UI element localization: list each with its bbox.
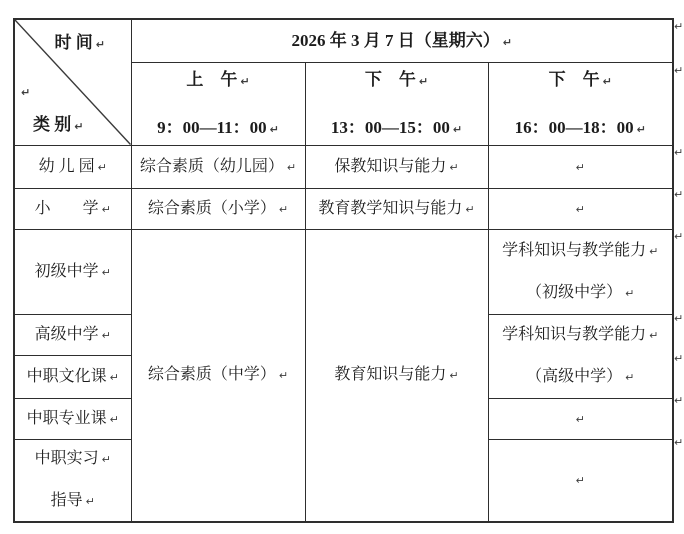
session-morning-cell: 上 午↵ 9：00—11：00↵ — [131, 62, 305, 145]
paragraph-mark: ↵ — [625, 287, 634, 300]
paragraph-mark: ↵ — [102, 329, 111, 342]
paragraph-mark: ↵ — [453, 123, 462, 136]
paragraph-mark: ↵ — [270, 123, 279, 136]
corner-header-cell: 时 间↵ ↵ 类 别↵ — [14, 19, 131, 145]
paragraph-mark: ↵ — [576, 474, 585, 487]
end-of-row-mark: ↵ — [674, 230, 683, 243]
subject-cell-merged-afternoon: 教育知识与能力↵ — [305, 229, 488, 522]
category-cell-junior: 初级中学↵ — [14, 229, 131, 314]
paragraph-mark: ↵ — [110, 371, 119, 384]
paragraph-mark: ↵ — [98, 161, 107, 174]
paragraph-mark: ↵ — [465, 203, 474, 216]
subject-line: 学科知识与教学能力↵ — [502, 241, 658, 261]
session-period: 下 午↵ — [549, 69, 612, 90]
subject-cell-merged-morning: 综合素质（中学）↵ — [131, 229, 305, 522]
subject-cell: 保教知识与能力↵ — [305, 145, 488, 188]
paragraph-mark: ↵ — [21, 86, 30, 100]
date-text: 2026 年 3 月 7 日（星期六） — [292, 31, 500, 50]
subject-cell: 综合素质（幼儿园）↵ — [131, 145, 305, 188]
paragraph-mark: ↵ — [287, 161, 296, 174]
paragraph-mark: ↵ — [576, 161, 585, 174]
paragraph-mark: ↵ — [625, 371, 634, 384]
paragraph-mark: ↵ — [503, 36, 512, 49]
date-header-cell: 2026 年 3 月 7 日（星期六）↵ — [131, 19, 673, 62]
paragraph-mark: ↵ — [102, 453, 111, 466]
paragraph-mark: ↵ — [102, 203, 111, 216]
session-afternoon2-cell: 下 午↵ 16：00—18：00↵ — [488, 62, 673, 145]
paragraph-mark: ↵ — [102, 266, 111, 279]
session-time: 16：00—18：00↵ — [515, 117, 646, 138]
document-page: 时 间↵ ↵ 类 别↵ 2026 年 3 月 7 日（星期六）↵ 上 午↵ 9：… — [0, 0, 684, 534]
paragraph-mark: ↵ — [603, 75, 612, 88]
paragraph-mark: ↵ — [649, 329, 658, 342]
end-of-row-mark: ↵ — [674, 312, 683, 325]
paragraph-mark: ↵ — [279, 203, 288, 216]
empty-cell: ↵ — [488, 439, 673, 522]
subject-cell-junior-late: 学科知识与教学能力↵ （初级中学）↵ — [488, 229, 673, 314]
paragraph-mark: ↵ — [86, 495, 95, 508]
session-time: 9：00—11：00↵ — [157, 117, 279, 138]
paragraph-mark: ↵ — [240, 75, 249, 88]
corner-time-label: 时 间↵ — [15, 32, 131, 53]
session-time: 13：00—15：00↵ — [331, 117, 462, 138]
category-cell-kindergarten: 幼 儿 园↵ — [14, 145, 131, 188]
session-period: 下 午↵ — [365, 69, 428, 90]
category-line: 中职实习↵ — [35, 449, 111, 469]
paragraph-mark: ↵ — [449, 161, 458, 174]
subject-line: 学科知识与教学能力↵ — [502, 325, 658, 345]
session-afternoon1-cell: 下 午↵ 13：00—15：00↵ — [305, 62, 488, 145]
category-cell-secondary-major: 中职专业课↵ — [14, 398, 131, 439]
paragraph-mark: ↵ — [96, 38, 105, 51]
paragraph-mark: ↵ — [449, 369, 458, 382]
session-period: 上 午↵ — [186, 69, 249, 90]
paragraph-mark: ↵ — [279, 369, 288, 382]
category-line: 指导↵ — [51, 491, 95, 511]
subject-line: （高级中学）↵ — [526, 367, 634, 387]
category-cell-secondary-culture: 中职文化课↵ — [14, 355, 131, 398]
subject-cell: 教育教学知识与能力↵ — [305, 188, 488, 229]
exam-schedule-table: 时 间↵ ↵ 类 别↵ 2026 年 3 月 7 日（星期六）↵ 上 午↵ 9：… — [13, 18, 674, 523]
paragraph-mark: ↵ — [576, 203, 585, 216]
empty-cell: ↵ — [488, 398, 673, 439]
end-of-row-mark: ↵ — [674, 394, 683, 407]
paragraph-mark: ↵ — [637, 123, 646, 136]
end-of-row-mark: ↵ — [674, 188, 683, 201]
subject-cell-senior-late: 学科知识与教学能力↵ （高级中学）↵ — [488, 314, 673, 398]
paragraph-mark: ↵ — [419, 75, 428, 88]
corner-category-label: 类 别↵ — [33, 114, 83, 135]
category-cell-primary: 小 学↵ — [14, 188, 131, 229]
empty-cell: ↵ — [488, 188, 673, 229]
subject-line: （初级中学）↵ — [526, 283, 634, 303]
paragraph-mark: ↵ — [74, 120, 83, 133]
end-of-row-mark: ↵ — [674, 436, 683, 449]
category-cell-senior: 高级中学↵ — [14, 314, 131, 355]
end-of-row-mark: ↵ — [674, 64, 683, 77]
paragraph-mark: ↵ — [110, 413, 119, 426]
end-of-row-mark: ↵ — [674, 146, 683, 159]
paragraph-mark: ↵ — [576, 413, 585, 426]
category-cell-secondary-intern: 中职实习↵ 指导↵ — [14, 439, 131, 522]
end-of-row-mark: ↵ — [674, 352, 683, 365]
paragraph-mark: ↵ — [649, 245, 658, 258]
subject-cell: 综合素质（小学）↵ — [131, 188, 305, 229]
empty-cell: ↵ — [488, 145, 673, 188]
end-of-row-mark: ↵ — [674, 20, 683, 33]
